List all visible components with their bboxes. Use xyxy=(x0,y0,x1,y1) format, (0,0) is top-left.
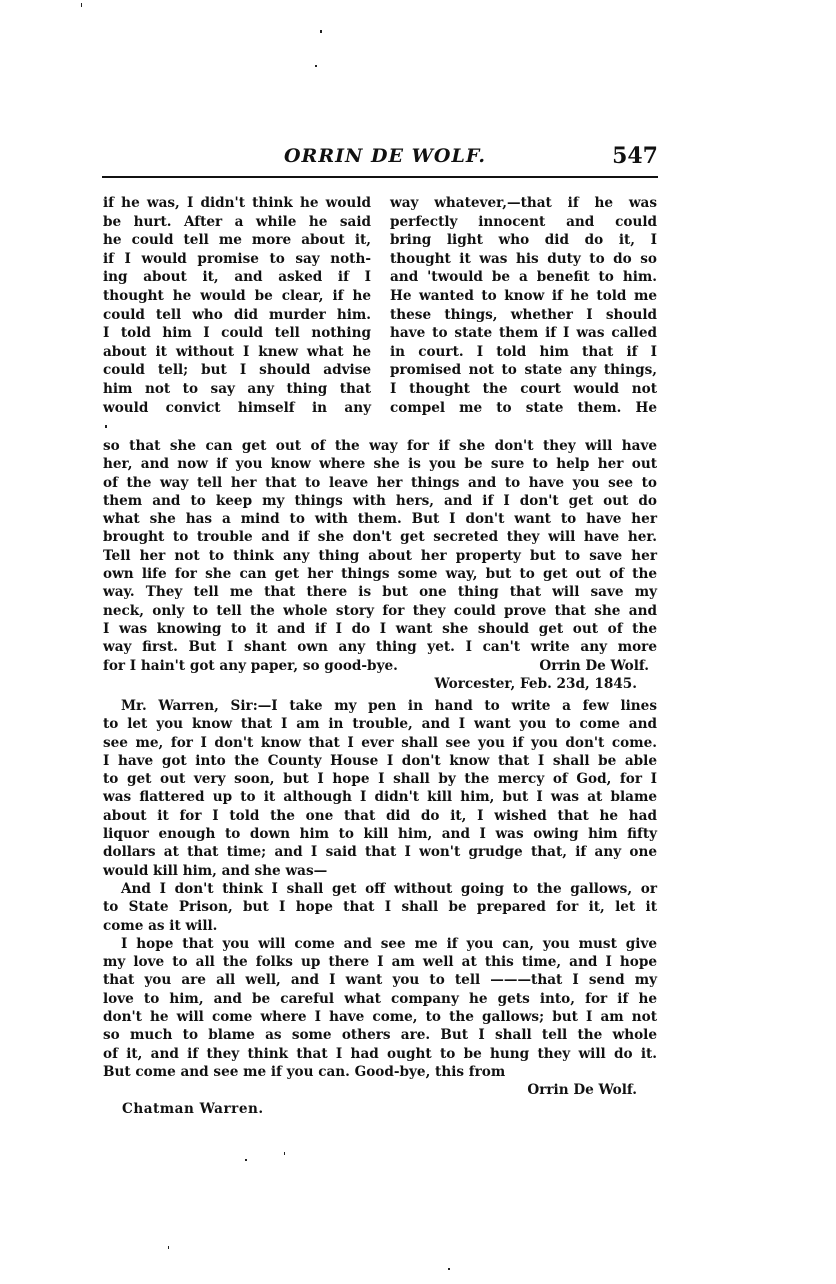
text-line: promised not to state any things, xyxy=(390,361,657,380)
text-line: would convict himself in any xyxy=(103,399,371,418)
text-line: bring light who did do it, I xyxy=(390,231,657,250)
text-line: Tell her not to think any thing about he… xyxy=(103,547,657,565)
scan-speck xyxy=(168,1246,169,1249)
text-line: about it without I knew what he xyxy=(103,343,371,362)
text-line: own life for she can get her things some… xyxy=(103,565,657,583)
left-column: if he was, I didn't think he would be hu… xyxy=(103,194,371,417)
text-line: what she has a mind to with them. But I … xyxy=(103,510,657,528)
text-line: and 'twould be a benefit to him. xyxy=(390,268,657,287)
text-line: way. They tell me that there is but one … xyxy=(103,583,657,601)
scan-speck xyxy=(448,1268,450,1270)
text-line: to let you know that I am in trouble, an… xyxy=(103,715,657,733)
text-line: about it for I told the one that did do … xyxy=(103,807,657,825)
text-line: perfectly innocent and could xyxy=(390,213,657,232)
text-line: them and to keep my things with hers, an… xyxy=(103,492,657,510)
text-line: that you are all well, and I want you to… xyxy=(103,971,657,989)
signature: Orrin De Wolf. xyxy=(539,657,657,675)
text-line: I thought the court would not xyxy=(390,380,657,399)
text-line: could tell who did murder him. xyxy=(103,306,371,325)
text-line: compel me to state them. He xyxy=(390,399,657,418)
text-line: dollars at that time; and I said that I … xyxy=(103,843,657,861)
text-line: these things, whether I should xyxy=(390,306,657,325)
text-line: to get out very soon, but I hope I shall… xyxy=(103,770,657,788)
text-line: of it, and if they think that I had ough… xyxy=(103,1045,657,1063)
text-line: But come and see me if you can. Good-bye… xyxy=(103,1063,657,1081)
scan-speck xyxy=(105,425,107,428)
book-page: ORRIN DE WOLF. 547 if he was, I didn't t… xyxy=(0,0,836,1284)
text-line: him not to say any thing that xyxy=(103,380,371,399)
text-line: I hope that you will come and see me if … xyxy=(103,935,657,953)
text-line: way whatever,—that if he was xyxy=(390,194,657,213)
header-rule xyxy=(102,176,658,178)
text-line: if he was, I didn't think he would xyxy=(103,194,371,213)
text-line: I have got into the County House I don't… xyxy=(103,752,657,770)
letter-one: so that she can get out of the way for i… xyxy=(103,437,657,693)
page-header: ORRIN DE WOLF. 547 xyxy=(102,143,658,171)
text-line: ing about it, and asked if I xyxy=(103,268,371,287)
text-line: be hurt. After a while he said xyxy=(103,213,371,232)
page-number: 547 xyxy=(612,143,658,169)
text-line: come as it will. xyxy=(103,917,657,935)
text-line: see me, for I don't know that I ever sha… xyxy=(103,734,657,752)
text-line: thought he would be clear, if he xyxy=(103,287,371,306)
text-line: I was knowing to it and if I do I want s… xyxy=(103,620,657,638)
text-line: if I would promise to say noth- xyxy=(103,250,371,269)
text-line: in court. I told him that if I xyxy=(390,343,657,362)
text-line: to State Prison, but I hope that I shall… xyxy=(103,898,657,916)
text-line: my love to all the folks up there I am w… xyxy=(103,953,657,971)
signoff-line: for I hain't got any paper, so good-bye.… xyxy=(103,657,657,675)
text-line: He wanted to know if he told me xyxy=(390,287,657,306)
text-line: so much to blame as some others are. But… xyxy=(103,1026,657,1044)
text-line: so that she can get out of the way for i… xyxy=(103,437,657,455)
text-line: neck, only to tell the whole story for t… xyxy=(103,602,657,620)
right-column: way whatever,—that if he was perfectly i… xyxy=(390,194,657,417)
text-line: her, and now if you know where she is yo… xyxy=(103,455,657,473)
scan-speck xyxy=(81,3,82,7)
salutation-line: Mr. Warren, Sir:—I take my pen in hand t… xyxy=(103,697,657,715)
letter-two: Mr. Warren, Sir:—I take my pen in hand t… xyxy=(103,697,657,1100)
text-line: of the way tell her that to leave her th… xyxy=(103,474,657,492)
text-line: he could tell me more about it, xyxy=(103,231,371,250)
running-title: ORRIN DE WOLF. xyxy=(284,145,486,167)
text-line: I told him I could tell nothing xyxy=(103,324,371,343)
signature: Orrin De Wolf. xyxy=(103,1081,657,1099)
scan-speck xyxy=(284,1152,285,1155)
text-line: way first. But I shant own any thing yet… xyxy=(103,638,657,656)
text-line: was flattered up to it although I didn't… xyxy=(103,788,657,806)
text-line: thought it was his duty to do so xyxy=(390,250,657,269)
scan-speck xyxy=(315,65,317,67)
scan-speck xyxy=(245,1159,247,1161)
text-line: brought to trouble and if she don't get … xyxy=(103,528,657,546)
dateline: Worcester, Feb. 23d, 1845. xyxy=(103,675,657,693)
scan-speck xyxy=(320,30,322,33)
text-line: And I don't think I shall get off withou… xyxy=(103,880,657,898)
text-line: liquor enough to down him to kill him, a… xyxy=(103,825,657,843)
text-line: have to state them if I was called xyxy=(390,324,657,343)
text-line: don't he will come where I have come, to… xyxy=(103,1008,657,1026)
text-line: love to him, and be careful what company… xyxy=(103,990,657,1008)
text-line: for I hain't got any paper, so good-bye. xyxy=(103,657,398,675)
addressee: Chatman Warren. xyxy=(122,1101,264,1117)
text-line: would kill him, and she was— xyxy=(103,862,657,880)
text-line: could tell; but I should advise xyxy=(103,361,371,380)
